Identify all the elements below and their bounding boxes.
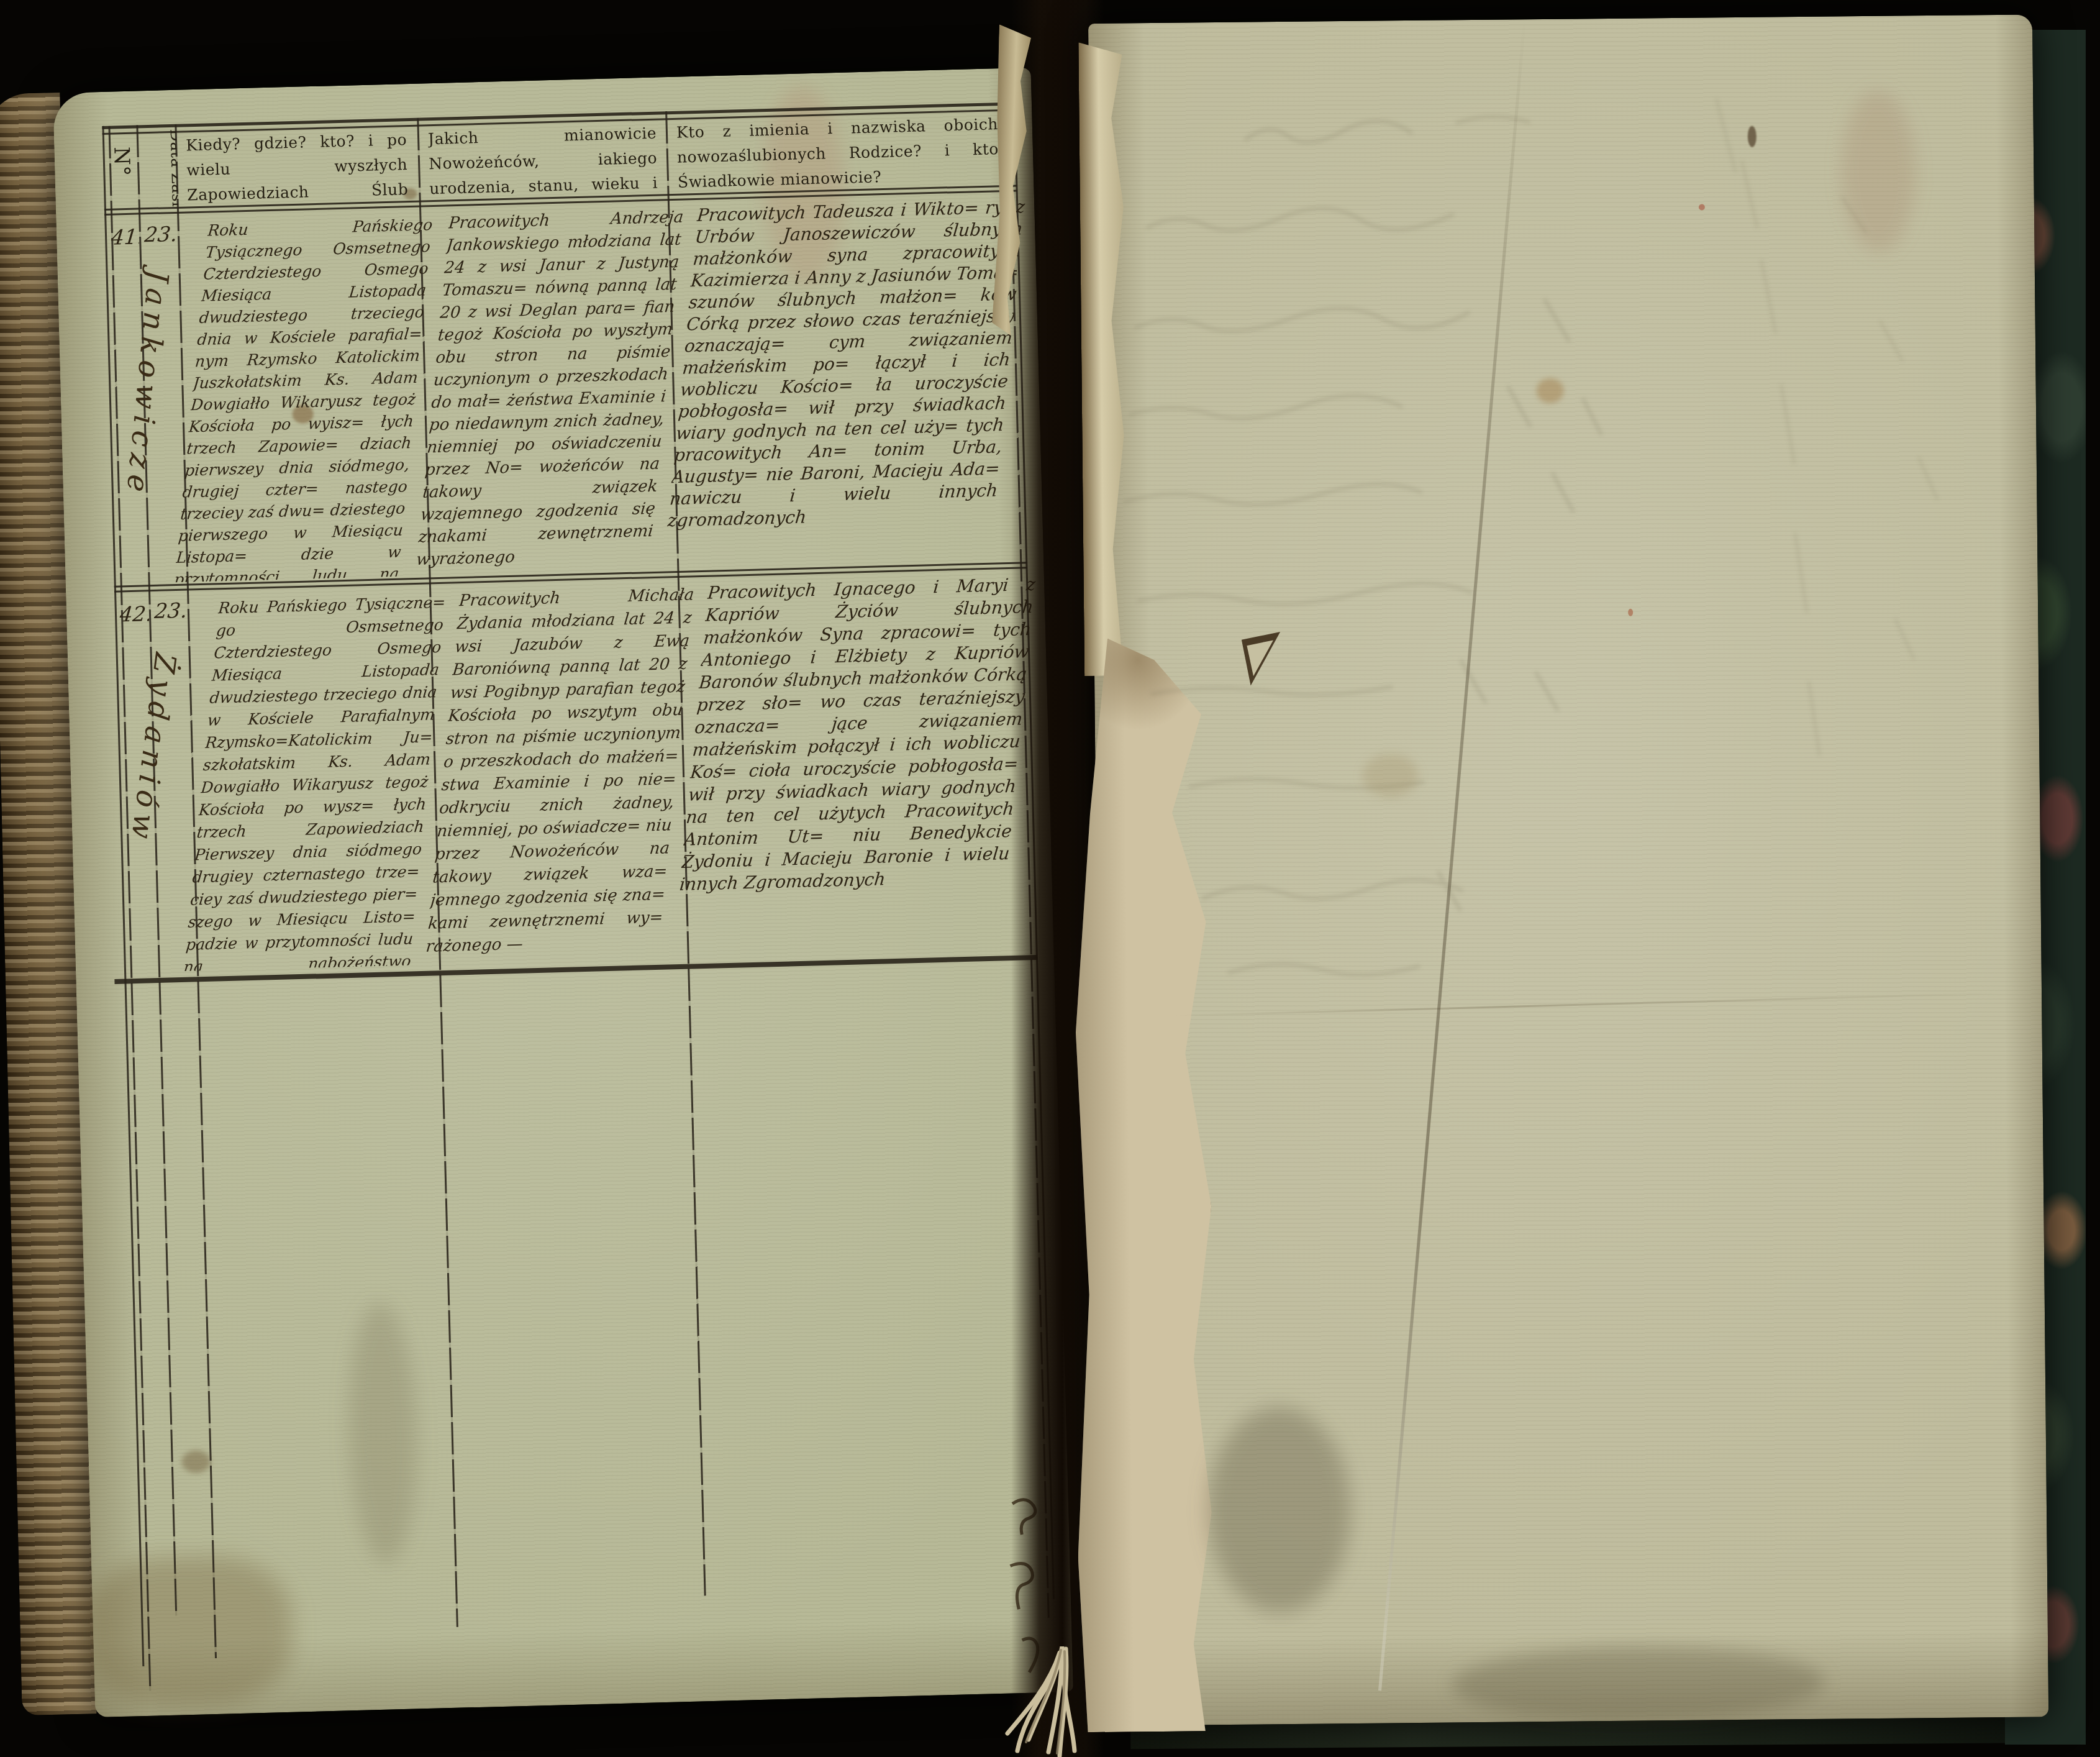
stain [85,1554,294,1709]
entry-42-date: 23. [152,598,189,643]
entry-41-margin-name: Jankowicze [119,269,175,500]
entry-41-no: 41. [108,224,141,268]
bleedthrough-ghost-writing [1107,58,2011,1036]
entry-42-newlyweds: Pracowitych Michała Żydania młodziana la… [424,583,695,965]
marriage-register-table: N° Data Zaślubienia. Kiedy? gdzie? kto? … [53,68,1030,93]
entry-41-parents: Pracowitych Tadeusza i Wikto= ryi z Urbó… [663,196,1025,570]
header-col-newlyweds: Jakich mianowicie Nowożeńców, iakiego ur… [428,121,658,201]
stain [345,1302,420,1564]
entry-42-no: 42. [117,601,151,646]
entry-42-parents: Pracowitych Ignacego i Maryi z Kapriów Ż… [673,573,1037,959]
entry-41-when: Roku Pańskiego Tysiącznego Osmsetnego Cz… [174,214,434,582]
stain [181,1450,211,1473]
header-col-parents: Kto z imienia i nazwiska oboich nowozaśl… [676,112,999,194]
stain [1207,1407,1352,1613]
header-no-label: N° [109,147,134,177]
entry-42-margin-name: Żydaniów [124,650,183,847]
entry-42-when: Roku Pańskiego Tysiączne= go Osmsetnego … [183,591,447,971]
book-scan: N° Data Zaślubienia. Kiedy? gdzie? kto? … [0,0,2100,1757]
header-col-no: N° [102,126,140,209]
binding-thread [969,1646,1143,1757]
entry-41-newlyweds: Pracowitych Andrzeja Jankowskiego młodzi… [415,206,684,576]
header-col-date: Data Zaślubienia. [136,125,178,209]
header-col-when: Kiedy? gdzie? kto? i po wielu wyszłych Z… [186,127,409,206]
stain [1452,1645,1825,1723]
register-page-left: N° Data Zaślubienia. Kiedy? gdzie? kto? … [53,68,1073,1717]
blank-page-right [1088,14,2048,1725]
entry-41-date: 23. [142,222,180,267]
